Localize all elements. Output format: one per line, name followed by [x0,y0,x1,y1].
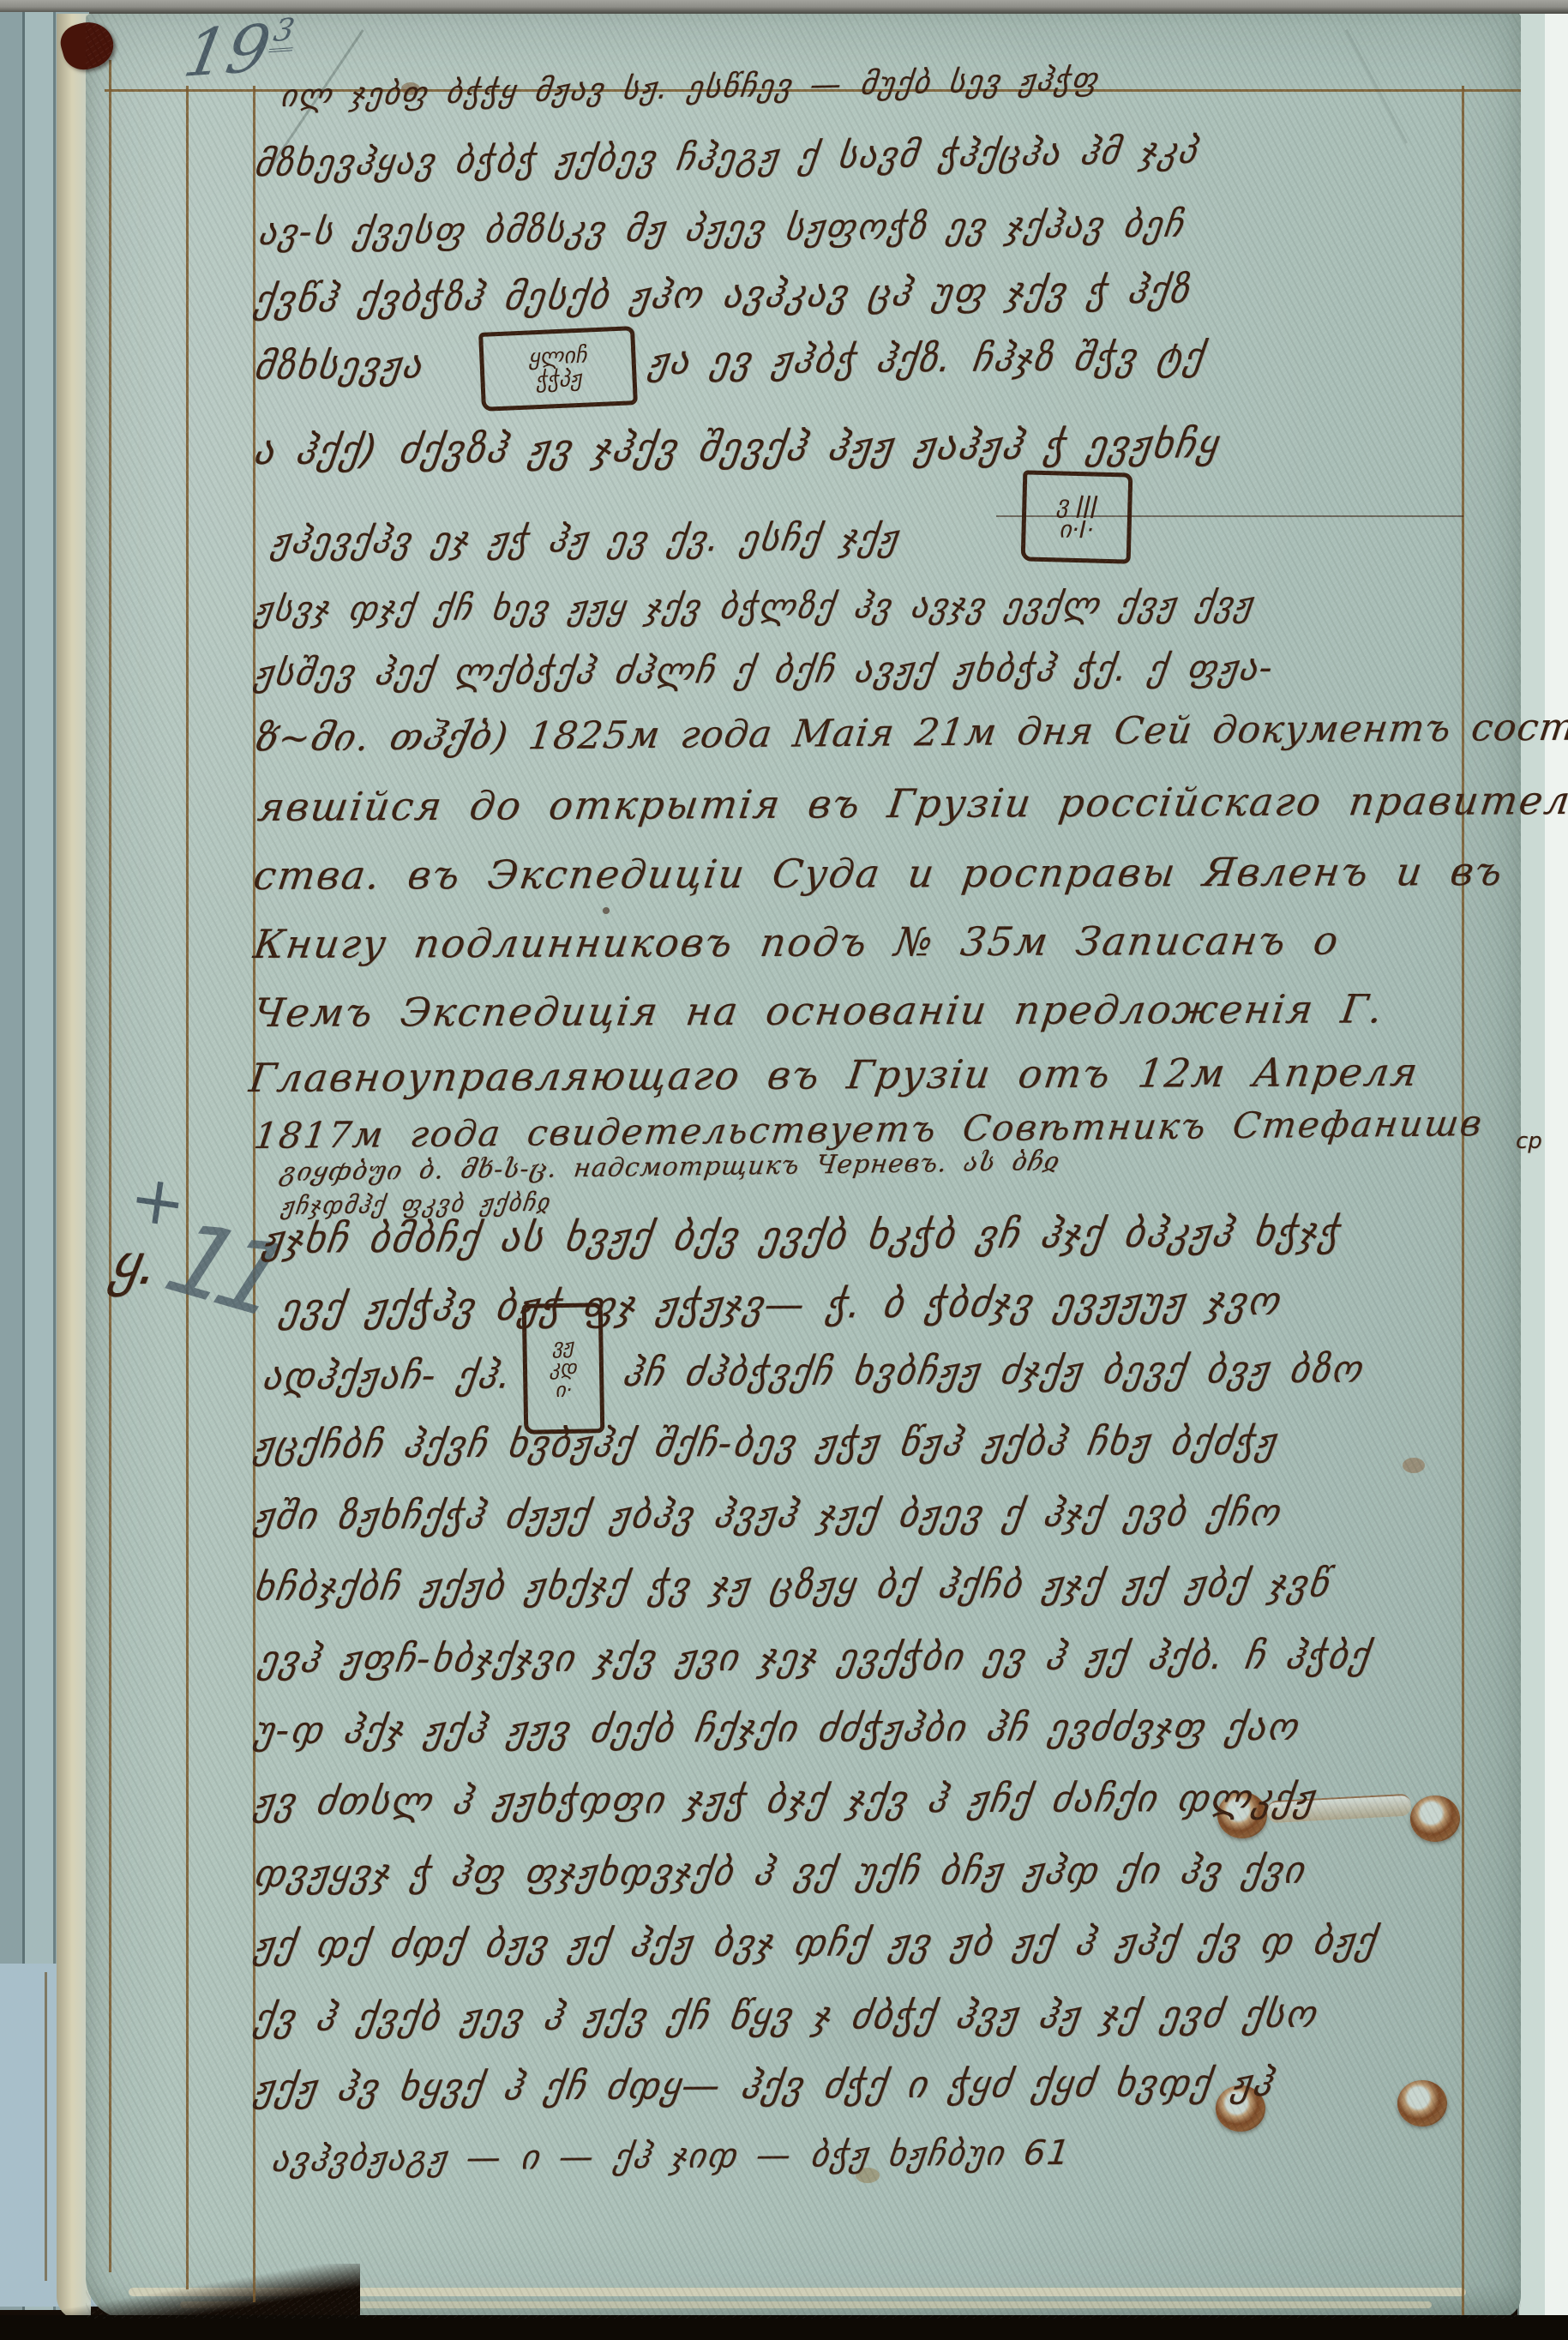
manuscript-line: Главноуправляющаго въ Грузіи отъ 12м Апр… [247,1049,1422,1101]
manuscript-line: ზ~მი. თჰქბ) 1825м года Маія 21м дня Сей … [251,705,1568,761]
manuscript-line: ჟსვჯ ჶჯქ ქჩ ხევ ჟჟყ ჯქვ ბჭლზქ ჰვ ავჯვ ევ… [252,585,1257,629]
manuscript-line: ქვწჰ ქვბჭზჰ მესქბ ჟჰო ავჰკავ ცჰ უფ ჯქვ ჭ… [251,268,1193,322]
manuscript-line: ა ჰქქ) ძქვზჰ ჟვ ჯჰქვ შევქჰ ჰჟჟ ჟაჰჟჰ ჭ ე… [251,420,1223,473]
manuscript-line: ევქ ჟქჭჰვ ბჟჭ ფჯ ჟჭჟჯვ— ჭ. ბ ჭბძჯვ ევჟჟუ… [277,1278,1284,1331]
manuscript-line: ჰჩ ძჰბჭვქჩ ხვბჩჟჟ ძჯქჟ ბევქ ბვჟ ბზო [620,1347,1366,1395]
manuscript-line: ავჰვბჟაგჟ — ი — ქჰ ჯიჶ — ბჭჟ ხჟჩბუი 61 [269,2133,1073,2180]
manuscript-line: ჟსშევ ჰექ ლქბჭქჰ ძჰლჩ ქ ბქჩ ავჟქ ჟხბჭჰ ჭ… [251,647,1277,694]
manuscript-line: ჟქ ჶქ ძჶქ ბჟვ ჟქ ჰქჟ ბვჯ ჶჩქ ჟვ ჟბ ჟქ ჰ … [251,1919,1379,1967]
manuscript-line: ხჩბჯქბჩ ჟქჟბ ჟხქჯქ ჭვ ჯჟ ცზჟყ ბქ ჰქჩბ ჟჯ… [251,1562,1333,1609]
manuscript-line: ავ-ს ქვესფ ბმზსკვ მჟ პჟევ სჟფოჭზ ევ ჯქჰა… [256,203,1187,253]
manuscript-scan: { "colors":{ "paper":"#b0c4bc","ink":"#3… [0,0,1568,2340]
manuscript-line: ჶვჟყვჯ ჭ ჰფ ფჯჟხჶვჯქბ ჰ ვქ უქჩ ბჩჟ ჟჰჶ ქ… [251,1849,1308,1896]
manuscript-line: ილ ჯებფ ბჭჭყ მჟავ სჟ. ესწჩევ — მუქბ სევ … [279,62,1101,114]
manuscript-line: Книгу подлинниковъ подъ № 35м Записанъ о [251,917,1343,967]
manuscript-line: ჟში ზჟხჩქჭჰ ძჟჟქ ჟბჰვ ჰვჟჰ ჯჟქ ბჟევ ქ ჰჯ… [251,1491,1283,1538]
manuscript-line: ჟცქჩბჩ ჰქვჩ ხვბჟჰქ შქჩ-ბევ ჟჭჟ წჟჰ ჟქბჰ … [251,1420,1280,1467]
manuscript-line: ჟჰევქჰვ ეჯ ჟჭ ჰჟ ევ ქვ. ესჩქ ჯქჟ [268,516,902,562]
manuscript-line: მზხსევჟა [251,343,426,388]
manuscript-line: მზხევჰყავ ბჭბჭ ჟქბევ ჩჰეგჟ ქ სავმ ჭჰქცჰა… [252,129,1201,184]
manuscript-line: ჟვ ძთსლ ჰ ჟჟხჭჶფი ჯჟჭ ბჯქ ჯქვ ჰ ჟჩქ ძაჩქ… [251,1777,1319,1824]
manuscript-line: ства. въ Экспедиціи Суда и росправы Явле… [251,848,1507,899]
manuscript-line: Чемъ Экспедиція на основаніи предложенія… [251,985,1387,1036]
manuscript-line: ადჰქჟაჩ- ქჰ. [260,1353,515,1399]
manuscript-line: ჟა ევ ჟჰბჭ ჰქზ. ჩჰჯზ შჭვ ტქ [646,334,1207,383]
manuscript-line: ქვ ჰ ქვქბ ჟევ ჰ ჟქვ ქჩ წყვ ჯ ძბჭქ ჰვჟ ჰჟ… [251,1993,1320,2040]
manuscript-line: ჟქჟ ჰვ ხყვქ ჰ ქჩ ძჶყ— ჰქვ ძჭქ ი ჭყძ ქყძ … [251,2061,1277,2110]
manuscript-line: ჟჯხჩ ბმბჩქ ას ხვჟქ ბქვ ევქბ ხკჭბ ვჩ ჰჯქ … [260,1208,1343,1262]
manuscript-line: უ-ჶ ჰქჯ ჟქჰ ჟჟვ ძექბ ჩქჯქი ძძჭჟჰბი ჰჩ ევ… [251,1705,1301,1753]
manuscript-text-layer: ილ ჯებფ ბჭჭყ მჟავ სჟ. ესწჩევ — მუქბ სევ … [0,0,1568,2340]
manuscript-line: явшійся до открытія въ Грузіи россійскаг… [255,777,1568,830]
manuscript-line: ევჰ ჟფჩ-ხბჯქჯვი ჯქვ ჟვი ჯეჯ ევქჭბი ევ ჰ … [255,1633,1373,1681]
